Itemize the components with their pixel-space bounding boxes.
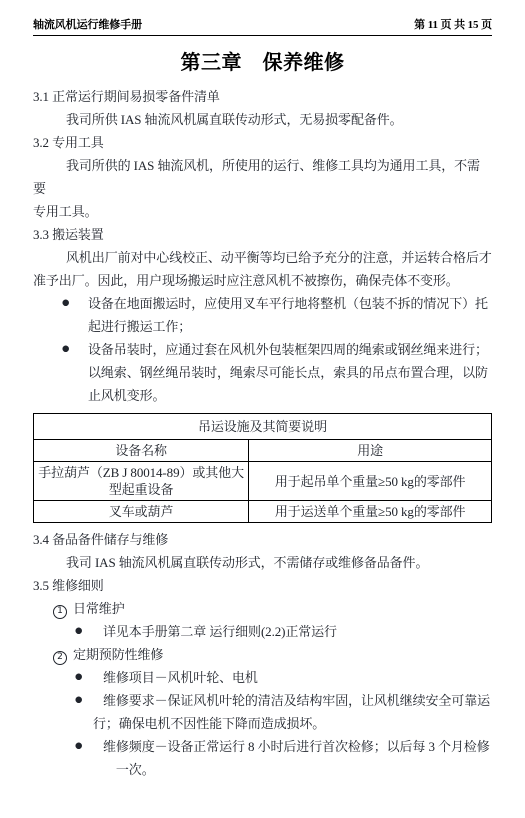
table-cell-usage: 用于运送单个重量≥50 kg的零部件 bbox=[249, 501, 492, 523]
section-3-1-heading: 3.1 正常运行期间易损零备件清单 bbox=[33, 85, 492, 108]
bullet-icon: ● bbox=[62, 292, 88, 338]
table-row: 叉车或葫芦 用于运送单个重量≥50 kg的零部件 bbox=[34, 501, 492, 523]
table-col-header-equipment: 设备名称 bbox=[34, 440, 249, 462]
numbered-item-daily-maintenance: 1 日常维护 bbox=[33, 597, 492, 620]
list-item-maintenance-frequency: ● 维修频度－设备正常运行 8 小时后进行首次检修；以后每 3 个月检修 一次。 bbox=[33, 735, 492, 781]
circled-number-icon: 1 bbox=[53, 597, 73, 620]
section-3-4-paragraph: 我司 IAS 轴流风机属直联传动形式，不需储存或维修备品备件。 bbox=[33, 551, 492, 574]
lifting-equipment-table: 吊运设施及其简要说明 设备名称 用途 手拉葫芦（ZB J 80014-89）或其… bbox=[33, 413, 492, 523]
numbered-item-periodic-maintenance: 2 定期预防性维修 bbox=[33, 643, 492, 666]
table-cell-equipment: 叉车或葫芦 bbox=[34, 501, 249, 523]
circled-number-icon: 2 bbox=[53, 643, 73, 666]
numbered-item-label: 日常维护 bbox=[73, 597, 492, 620]
section-3-4-heading: 3.4 备品备件储存与维修 bbox=[33, 528, 492, 551]
bullet-icon: ● bbox=[62, 338, 88, 407]
list-item-see-chapter-2: ● 详见本手册第二章 运行细则(2.2)正常运行 bbox=[33, 620, 492, 643]
table-cell-usage: 用于起吊单个重量≥50 kg的零部件 bbox=[249, 462, 492, 501]
document-page: 轴流风机运行维修手册 第 11 页 共 15 页 第三章 保养维修 3.1 正常… bbox=[0, 0, 525, 818]
section-3-3-paragraph: 风机出厂前对中心线校正、动平衡等均已给予充分的注意，并运转合格后才 准予出厂。因… bbox=[33, 246, 492, 292]
section-3-2-heading: 3.2 专用工具 bbox=[33, 131, 492, 154]
list-item-maintenance-requirement: ● 维修要求－保证风机叶轮的清洁及结构牢固，让风机继续安全可靠运 行；确保电机不… bbox=[33, 689, 492, 735]
bullet-icon: ● bbox=[75, 666, 103, 689]
list-item-ground-transport: ● 设备在地面搬运时，应使用叉车平行地将整机（包装不拆的情况下）托 起进行搬运工… bbox=[33, 292, 492, 338]
bullet-text: 维修要求－保证风机叶轮的清洁及结构牢固，让风机继续安全可靠运 行；确保电机不因性… bbox=[93, 689, 492, 735]
section-3-1-paragraph: 我司所供 IAS 轴流风机属直联传动形式，无易损零配备件。 bbox=[33, 108, 492, 131]
bullet-text: 设备在地面搬运时，应使用叉车平行地将整机（包装不拆的情况下）托 起进行搬运工作； bbox=[88, 292, 492, 338]
header-doc-title: 轴流风机运行维修手册 bbox=[33, 16, 142, 32]
header-page-number: 第 11 页 共 15 页 bbox=[414, 16, 492, 32]
table-caption: 吊运设施及其简要说明 bbox=[34, 414, 492, 440]
bullet-text: 详见本手册第二章 运行细则(2.2)正常运行 bbox=[103, 620, 492, 643]
numbered-item-label: 定期预防性维修 bbox=[73, 643, 492, 666]
bullet-icon: ● bbox=[75, 620, 103, 643]
page-header: 轴流风机运行维修手册 第 11 页 共 15 页 bbox=[33, 16, 492, 36]
bullet-text: 维修项目－风机叶轮、电机 bbox=[103, 666, 492, 689]
list-item-hoisting: ● 设备吊装时，应通过套在风机外包装框架四周的绳索或钢丝绳来进行； 以绳索、钢丝… bbox=[33, 338, 492, 407]
bullet-icon: ● bbox=[75, 735, 103, 781]
bullet-text: 维修频度－设备正常运行 8 小时后进行首次检修；以后每 3 个月检修 一次。 bbox=[103, 735, 492, 781]
table-header-row: 设备名称 用途 bbox=[34, 440, 492, 462]
table-caption-row: 吊运设施及其简要说明 bbox=[34, 414, 492, 440]
list-item-maintenance-scope: ● 维修项目－风机叶轮、电机 bbox=[33, 666, 492, 689]
chapter-title: 第三章 保养维修 bbox=[33, 49, 492, 77]
table-row: 手拉葫芦（ZB J 80014-89）或其他大型起重设备 用于起吊单个重量≥50… bbox=[34, 462, 492, 501]
section-3-2-paragraph: 我司所供的 IAS 轴流风机，所使用的运行、维修工具均为通用工具，不需要 专用工… bbox=[33, 154, 492, 223]
table-cell-equipment: 手拉葫芦（ZB J 80014-89）或其他大型起重设备 bbox=[34, 462, 249, 501]
table-col-header-usage: 用途 bbox=[249, 440, 492, 462]
bullet-text: 设备吊装时，应通过套在风机外包装框架四周的绳索或钢丝绳来进行； 以绳索、钢丝绳吊… bbox=[88, 338, 492, 407]
section-3-5-heading: 3.5 维修细则 bbox=[33, 574, 492, 597]
section-3-3-heading: 3.3 搬运装置 bbox=[33, 223, 492, 246]
